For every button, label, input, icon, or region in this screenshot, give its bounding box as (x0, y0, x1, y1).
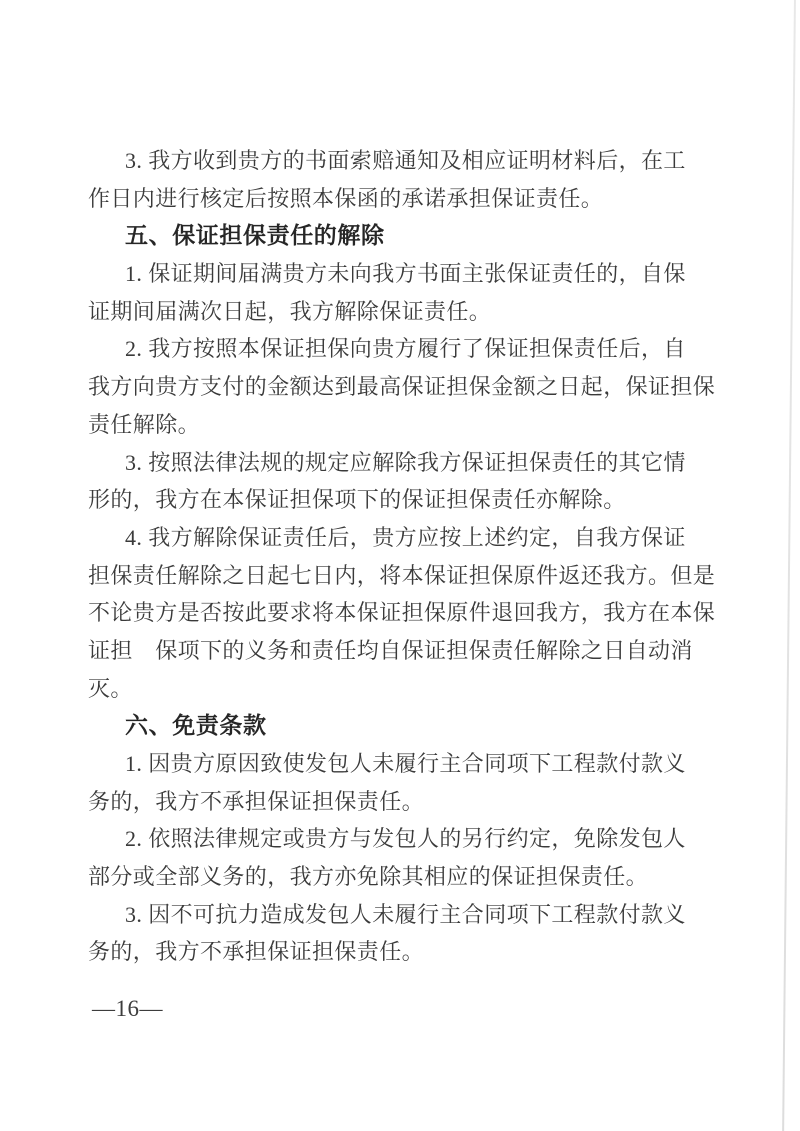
text-line: 部分或全部义务的，我方亦免除其相应的保证担保责任。 (88, 858, 728, 896)
text-line: 作日内进行核定后按照本保函的承诺承担保证责任。 (88, 180, 728, 218)
text-line: 担保责任解除之日起七日内，将本保证担保原件返还我方。但是 (88, 557, 728, 595)
text-line: 务的，我方不承担保证担保责任。 (88, 933, 728, 971)
page-number: —16— (92, 996, 163, 1022)
text-line: 证期间届满次日起，我方解除保证责任。 (88, 293, 728, 331)
text-line: 3. 因不可抗力造成发包人未履行主合同项下工程款付款义 (88, 896, 728, 934)
text-line: 2. 依照法律规定或贵方与发包人的另行约定，免除发包人 (88, 820, 728, 858)
section-heading: 五、保证担保责任的解除 (88, 217, 728, 255)
text-line: 1. 因贵方原因致使发包人未履行主合同项下工程款付款义 (88, 745, 728, 783)
text-line: 不论贵方是否按此要求将本保证担保原件退回我方，我方在本保 (88, 594, 728, 632)
text-line: 3. 我方收到贵方的书面索赔通知及相应证明材料后，在工 (88, 142, 728, 180)
text-line: 务的，我方不承担保证担保责任。 (88, 783, 728, 821)
text-line: 3. 按照法律法规的规定应解除我方保证担保责任的其它情 (88, 444, 728, 482)
scan-edge-line (782, 0, 796, 1131)
text-line: 我方向贵方支付的金额达到最高保证担保金额之日起，保证担保 (88, 368, 728, 406)
section-heading: 六、免责条款 (88, 707, 728, 745)
text-line: 责任解除。 (88, 406, 728, 444)
text-line: 灭。 (88, 670, 728, 708)
document-page: 3. 我方收到贵方的书面索赔通知及相应证明材料后，在工作日内进行核定后按照本保函… (0, 0, 800, 1131)
text-line: 2. 我方按照本保证担保向贵方履行了保证担保责任后，自 (88, 330, 728, 368)
document-body: 3. 我方收到贵方的书面索赔通知及相应证明材料后，在工作日内进行核定后按照本保函… (88, 142, 728, 971)
text-line: 形的，我方在本保证担保项下的保证担保责任亦解除。 (88, 481, 728, 519)
text-line: 1. 保证期间届满贵方未向我方书面主张保证责任的，自保 (88, 255, 728, 293)
text-line: 4. 我方解除保证责任后，贵方应按上述约定，自我方保证 (88, 519, 728, 557)
text-line: 证担 保项下的义务和责任均自保证担保责任解除之日自动消 (88, 632, 728, 670)
